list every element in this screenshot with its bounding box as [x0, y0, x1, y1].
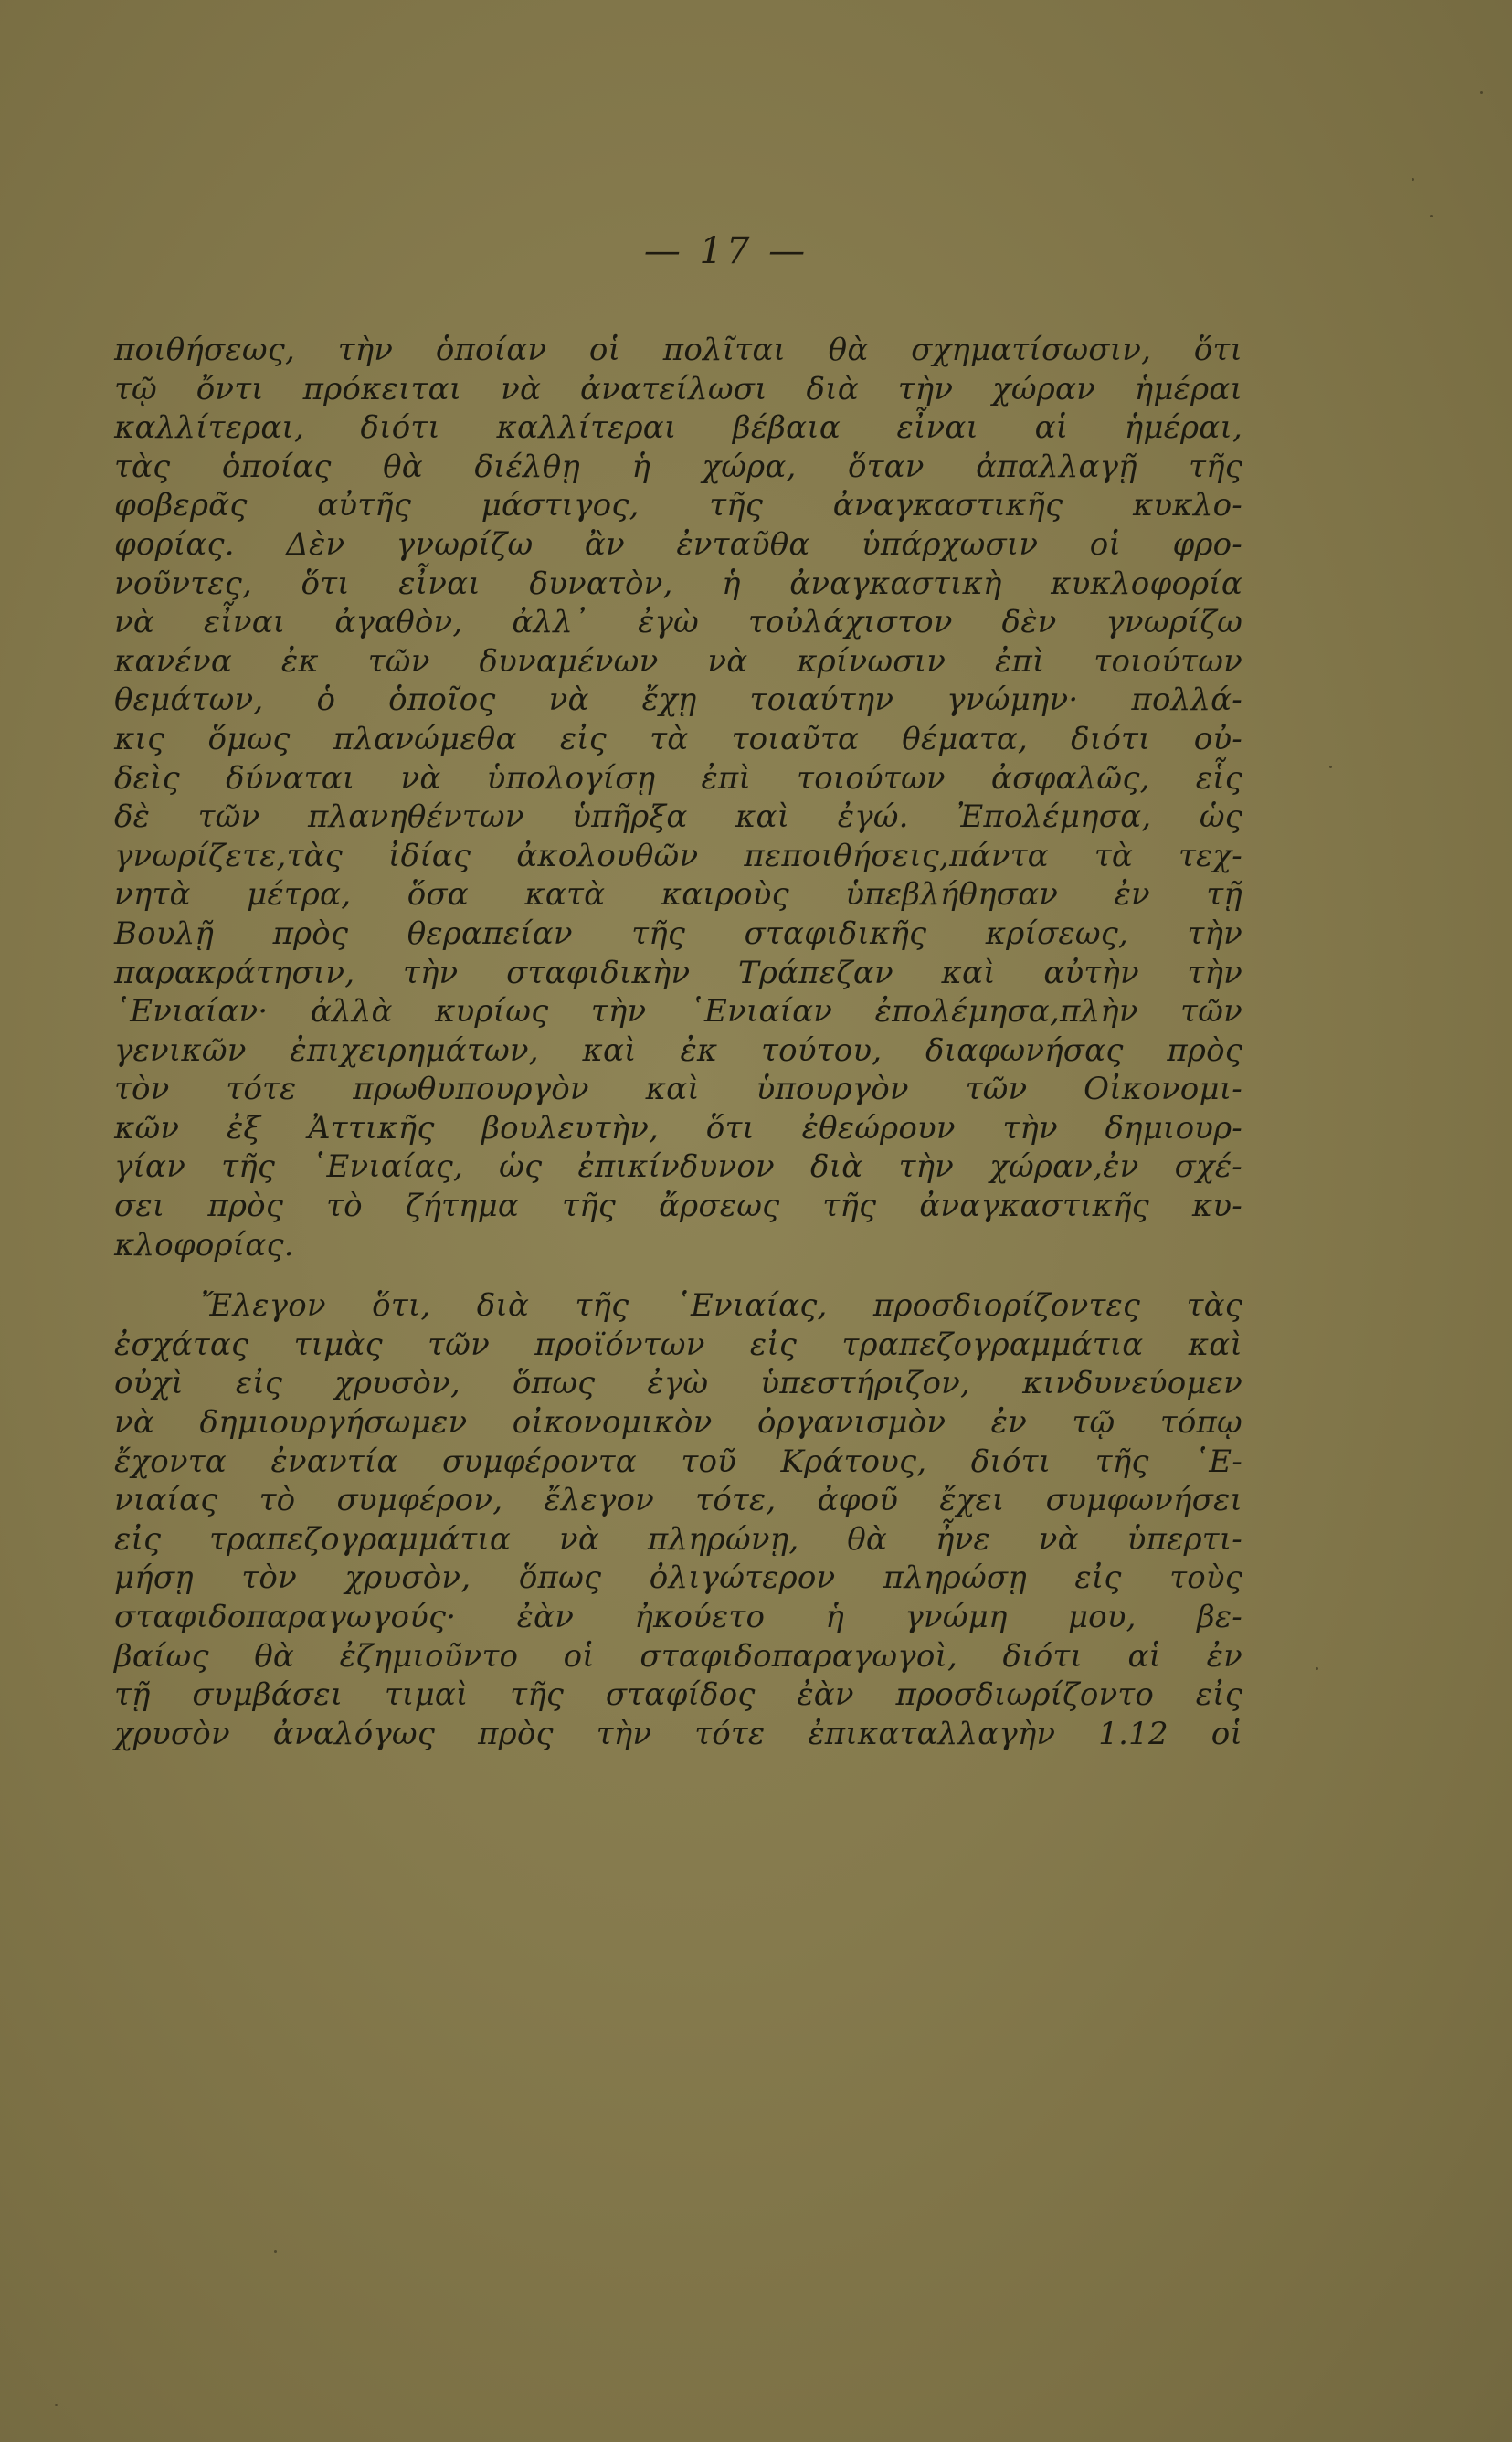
text-line: γενικῶν ἐπιχειρημάτων, καὶ ἐκ τούτου, δι… [114, 1031, 1242, 1071]
text-line: νιαίας τὸ συμφέρον, ἔλεγον τότε, ἀφοῦ ἔχ… [114, 1481, 1242, 1520]
text-line: τὸν τότε πρωθυπουργὸν καὶ ὑπουργὸν τῶν Ο… [114, 1070, 1242, 1109]
page-number: — 17 — [0, 230, 1453, 272]
text-line: μήσῃ τὸν χρυσὸν, ὅπως ὀλιγώτερον πληρώσῃ… [114, 1559, 1242, 1598]
text-line: ῾Ενιαίαν· ἀλλὰ κυρίως τὴν ῾Ενιαίαν ἐπολέ… [114, 992, 1242, 1031]
text-line: κλοφορίας. [114, 1226, 1242, 1265]
paragraph-gap [114, 1264, 1242, 1286]
text-line: ποιθήσεως, τὴν ὁποίαν οἱ πολῖται θὰ σχημ… [114, 331, 1242, 370]
text-line: φορίας. Δὲν γνωρίζω ἂν ἐνταῦθα ὑπάρχωσιν… [114, 525, 1242, 565]
text-line: νητὰ μέτρα, ὅσα κατὰ καιροὺς ὑπεβλήθησαν… [114, 875, 1242, 914]
paper-speck [1316, 1667, 1318, 1670]
text-line: σταφιδοπαραγωγούς· ἐὰν ἠκούετο ἡ γνώμη μ… [114, 1598, 1242, 1637]
paper-speck [1430, 215, 1433, 217]
text-line: τῇ συμβάσει τιμαὶ τῆς σταφίδος ἐὰν προσδ… [114, 1676, 1242, 1715]
text-line: τὰς ὁποίας θὰ διέλθῃ ἡ χώρα, ὅταν ἀπαλλα… [114, 448, 1242, 487]
text-line: τῷ ὄντι πρόκειται νὰ ἀνατείλωσι διὰ τὴν … [114, 370, 1242, 409]
scanned-page: — 17 — ποιθήσεως, τὴν ὁποίαν οἱ πολῖται … [0, 0, 1512, 2442]
paper-speck [1480, 91, 1483, 94]
text-line: παρακράτησιν, τὴν σταφιδικὴν Τράπεζαν κα… [114, 954, 1242, 993]
text-line: ἐσχάτας τιμὰς τῶν προϊόντων εἰς τραπεζογ… [114, 1326, 1242, 1365]
paragraph-1: ποιθήσεως, τὴν ὁποίαν οἱ πολῖται θὰ σχημ… [114, 331, 1242, 1264]
text-line: καλλίτεραι, διότι καλλίτεραι βέβαια εἶνα… [114, 408, 1242, 448]
body-text: ποιθήσεως, τὴν ὁποίαν οἱ πολῖται θὰ σχημ… [114, 331, 1242, 1753]
text-line: θεμάτων, ὁ ὁποῖος νὰ ἔχῃ τοιαύτην γνώμην… [114, 681, 1242, 720]
paper-speck [1329, 766, 1332, 768]
text-line: κανένα ἐκ τῶν δυναμένων νὰ κρίνωσιν ἐπὶ … [114, 642, 1242, 682]
text-line: δεὶς δύναται νὰ ὑπολογίσῃ ἐπὶ τοιούτων ἀ… [114, 759, 1242, 798]
paragraph-2: Ἔλεγον ὅτι, διὰ τῆς ῾Ενιαίας, προσδιορίζ… [114, 1286, 1242, 1753]
text-line: ἔχοντα ἐναντία συμφέροντα τοῦ Κράτους, δ… [114, 1443, 1242, 1482]
text-line: κις ὅμως πλανώμεθα εἰς τὰ τοιαῦτα θέματα… [114, 720, 1242, 759]
text-line: φοβερᾶς αὐτῆς μάστιγος, τῆς ἀναγκαστικῆς… [114, 486, 1242, 525]
paper-speck [55, 2404, 58, 2406]
text-line: κῶν ἐξ Ἀττικῆς βουλευτὴν, ὅτι ἐθεώρουν τ… [114, 1109, 1242, 1148]
text-line: χρυσὸν ἀναλόγως πρὸς τὴν τότε ἐπικαταλλα… [114, 1715, 1242, 1754]
text-line: εἰς τραπεζογραμμάτια νὰ πληρώνῃ, θὰ ἦνε … [114, 1520, 1242, 1559]
text-line: γνωρίζετε,τὰς ἰδίας ἀκολουθῶν πεποιθήσει… [114, 837, 1242, 876]
paper-speck [274, 2250, 277, 2253]
text-line: οὐχὶ εἰς χρυσὸν, ὅπως ἐγὼ ὑπεστήριζον, κ… [114, 1364, 1242, 1403]
text-line: Βουλῇ πρὸς θεραπείαν τῆς σταφιδικῆς κρίσ… [114, 914, 1242, 954]
text-line: νὰ εἶναι ἀγαθὸν, ἀλλ᾽ ἐγὼ τοὐλάχιστον δὲ… [114, 603, 1242, 642]
paper-speck [1412, 178, 1414, 181]
text-line: σει πρὸς τὸ ζήτημα τῆς ἄρσεως τῆς ἀναγκα… [114, 1187, 1242, 1226]
text-line: γίαν τῆς ῾Ενιαίας, ὡς ἐπικίνδυνον διὰ τὴ… [114, 1147, 1242, 1187]
text-line: βαίως θὰ ἐζημιοῦντο οἱ σταφιδοπαραγωγοὶ,… [114, 1637, 1242, 1676]
text-line: νὰ δημιουργήσωμεν οἰκονομικὸν ὀργανισμὸν… [114, 1403, 1242, 1443]
text-line: δὲ τῶν πλανηθέντων ὑπῆρξα καὶ ἐγώ. Ἐπολέ… [114, 798, 1242, 837]
text-line: νοῦντες, ὅτι εἶναι δυνατὸν, ἡ ἀναγκαστικ… [114, 565, 1242, 604]
text-line: Ἔλεγον ὅτι, διὰ τῆς ῾Ενιαίας, προσδιορίζ… [114, 1286, 1242, 1326]
